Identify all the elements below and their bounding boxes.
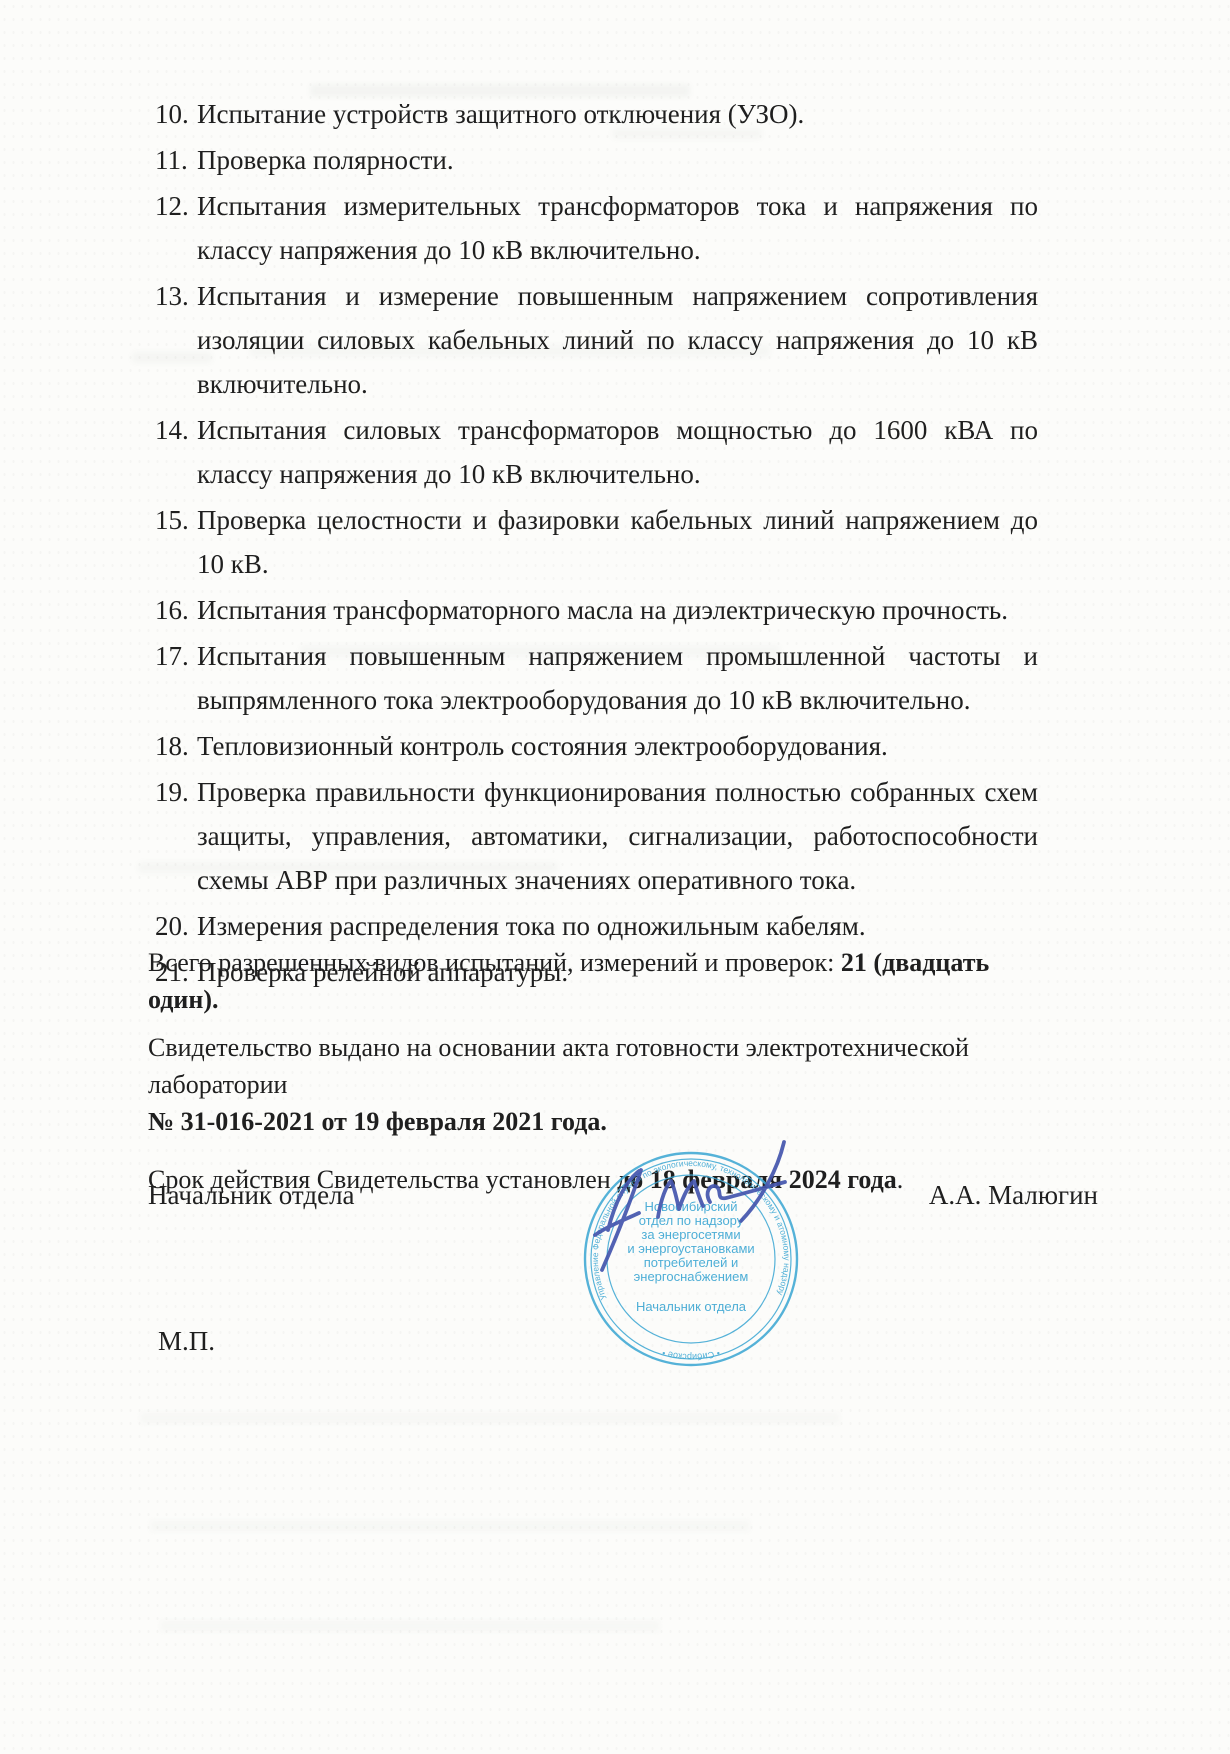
totals-paragraph: Всего разрешенных видов испытаний, измер…	[148, 944, 1038, 1018]
stamp-ring-text-bottom: • Сибирское •	[661, 1348, 721, 1362]
item-text: Испытания трансформаторного масла на диэ…	[197, 588, 1038, 632]
item-text: Испытания силовых трансформаторов мощнос…	[197, 408, 1038, 496]
test-list: 10. Испытание устройств защитного отключ…	[148, 92, 1038, 996]
item-text: Испытание устройств защитного отключения…	[197, 92, 1038, 136]
item-text: Проверка целостности и фазировки кабельн…	[197, 498, 1038, 586]
totals-text: Всего разрешенных видов испытаний, измер…	[148, 948, 841, 977]
item-text: Проверка правильности функционирования п…	[197, 770, 1038, 902]
stamp-center-line: отдел по надзору	[639, 1213, 744, 1228]
item-number: 16.	[148, 588, 197, 632]
seal-place-abbr: М.П.	[158, 1326, 215, 1357]
item-text: Испытания повышенным напряжением промышл…	[197, 634, 1038, 722]
list-item: 12. Испытания измерительных трансформато…	[148, 184, 1038, 272]
item-number: 12.	[148, 184, 197, 272]
scan-artifact	[140, 1412, 840, 1424]
official-stamp: Управление Федеральной службы по экологи…	[545, 1080, 835, 1392]
item-number: 18.	[148, 724, 197, 768]
list-item: 14. Испытания силовых трансформаторов мо…	[148, 408, 1038, 496]
stamp-center-line: и энергоустановками	[627, 1241, 754, 1256]
item-number: 20.	[148, 904, 197, 948]
item-text: Проверка полярности.	[197, 138, 1038, 182]
item-number: 11.	[148, 138, 197, 182]
list-item: 19. Проверка правильности функционирован…	[148, 770, 1038, 902]
stamp-center-line: энергоснабжением	[634, 1269, 749, 1284]
signer-position: Начальник отдела	[148, 1178, 355, 1212]
stamp-center-line: за энергосетями	[641, 1227, 740, 1242]
item-text: Измерения распределения тока по одножиль…	[197, 904, 1038, 948]
item-text: Испытания и измерение повышенным напряже…	[197, 274, 1038, 406]
list-item: 13. Испытания и измерение повышенным нап…	[148, 274, 1038, 406]
item-number: 14.	[148, 408, 197, 496]
scan-artifact	[150, 1520, 750, 1532]
item-number: 15.	[148, 498, 197, 586]
list-item: 17. Испытания повышенным напряжением про…	[148, 634, 1038, 722]
stamp-center-title: Начальник отдела	[636, 1299, 747, 1314]
item-text: Тепловизионный контроль состояния электр…	[197, 724, 1038, 768]
scanned-certificate-page: 10. Испытание устройств защитного отключ…	[0, 0, 1230, 1754]
list-item: 16. Испытания трансформаторного масла на…	[148, 588, 1038, 632]
scan-artifact	[160, 1620, 660, 1632]
item-number: 13.	[148, 274, 197, 406]
item-number: 10.	[148, 92, 197, 136]
list-item: 15. Проверка целостности и фазировки каб…	[148, 498, 1038, 586]
list-item: 20. Измерения распределения тока по одно…	[148, 904, 1038, 948]
item-number: 17.	[148, 634, 197, 722]
official-stamp-area: Управление Федеральной службы по экологи…	[545, 1080, 835, 1392]
stamp-center-line: потребителей и	[644, 1255, 739, 1270]
item-number: 19.	[148, 770, 197, 902]
item-text: Испытания измерительных трансформаторов …	[197, 184, 1038, 272]
signer-name: А.А. Малюгин	[929, 1178, 1098, 1212]
list-item: 18. Тепловизионный контроль состояния эл…	[148, 724, 1038, 768]
list-item: 11. Проверка полярности.	[148, 138, 1038, 182]
list-item: 10. Испытание устройств защитного отключ…	[148, 92, 1038, 136]
